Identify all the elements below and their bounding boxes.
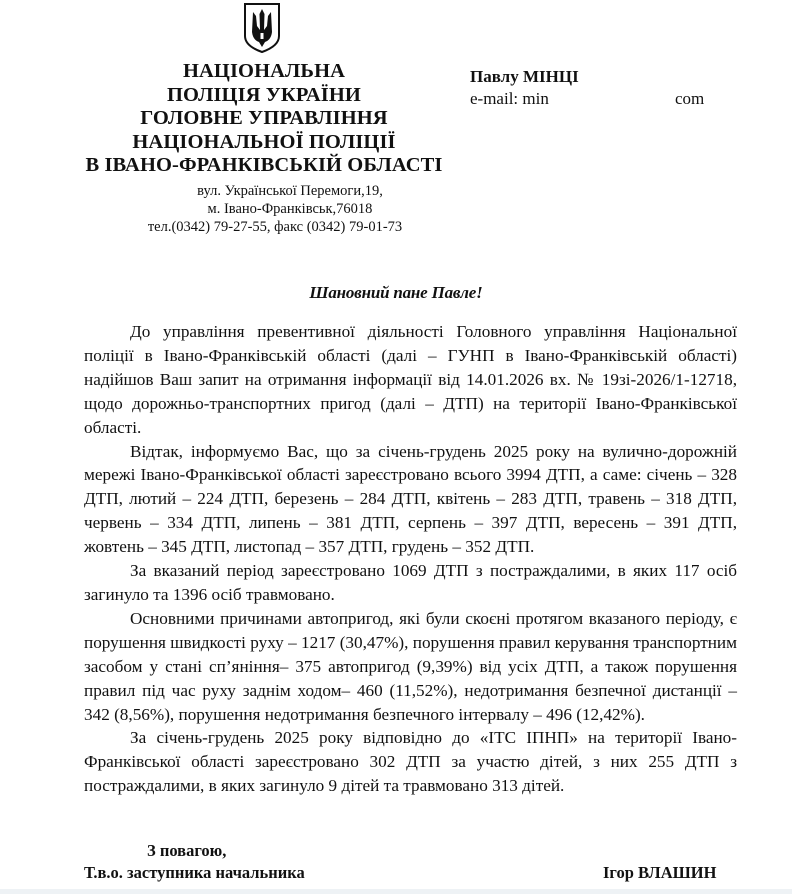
paragraph-casualties: За вказаний період зареєстровано 1069 ДТ… <box>84 559 737 607</box>
org-line: В ІВАНО-ФРАНКІВСЬКІЙ ОБЛАСТІ <box>68 154 460 178</box>
recipient-block: Павлу МІНЦІ e-mail: min com <box>470 66 770 110</box>
address-phone: тел.(0342) 79-27-55, факс (0342) 79-01-7… <box>100 218 450 236</box>
page-bottom-edge <box>0 889 792 894</box>
address-city: м. Івано-Франківськ,76018 <box>100 200 450 218</box>
closing-regards: З повагою, <box>84 840 305 862</box>
ukraine-trident-icon <box>243 2 281 54</box>
paragraph-monthly-stats: Відтак, інформуємо Вас, що за січень-гру… <box>84 440 737 560</box>
organization-address: вул. Української Перемоги,19, м. Івано-Ф… <box>100 182 450 236</box>
organization-name: НАЦІОНАЛЬНА ПОЛІЦІЯ УКРАЇНИ ГОЛОВНЕ УПРА… <box>68 60 460 178</box>
org-line: ПОЛІЦІЯ УКРАЇНИ <box>68 84 460 108</box>
org-line: НАЦІОНАЛЬНОЇ ПОЛІЦІЇ <box>68 131 460 155</box>
letter-page: НАЦІОНАЛЬНА ПОЛІЦІЯ УКРАЇНИ ГОЛОВНЕ УПРА… <box>0 0 792 894</box>
org-line: ГОЛОВНЕ УПРАВЛІННЯ <box>68 107 460 131</box>
recipient-email: e-mail: min com <box>470 88 770 110</box>
org-line: НАЦІОНАЛЬНА <box>68 60 460 84</box>
email-suffix: com <box>675 88 704 110</box>
signer-name: Ігор ВЛАШИН <box>603 862 716 884</box>
salutation: Шановний пане Павле! <box>0 283 792 303</box>
letter-body: До управління превентивної діяльності Го… <box>84 320 737 798</box>
paragraph-request: До управління превентивної діяльності Го… <box>84 320 737 440</box>
email-prefix: e-mail: min <box>470 89 549 108</box>
address-street: вул. Української Перемоги,19, <box>100 182 450 200</box>
paragraph-children: За січень-грудень 2025 року відповідно д… <box>84 726 737 798</box>
signer-position: Т.в.о. заступника начальника <box>84 862 305 884</box>
recipient-name: Павлу МІНЦІ <box>470 66 770 88</box>
signature-left: З повагою, Т.в.о. заступника начальника <box>84 840 305 884</box>
paragraph-causes: Основними причинами автопригод, які були… <box>84 607 737 727</box>
